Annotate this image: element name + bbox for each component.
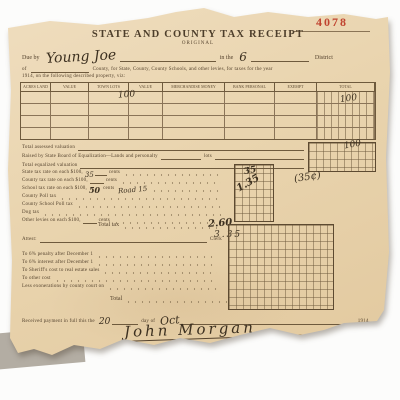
sheriff-label: Sheriff. [350,330,367,336]
equalization-label: Raised by State Board of Equalization—La… [22,154,158,160]
col-header-value1: VALUE [51,83,89,91]
due-by-line: Due by Young Joe in the 6 District [22,50,376,62]
received-text: Received payment in full this the [22,319,95,325]
district-label: District [315,55,333,62]
rate-line-state: State tax rate on each $100, 35 cents [22,168,224,176]
of-label: of [22,67,27,73]
table-row [21,104,375,116]
grand-total-label: Total [110,296,122,303]
taxpayer-name-handwritten: Young Joe [45,48,116,66]
in-the-label: in the [220,55,234,62]
col-header-acres: ACRES LAND [21,83,51,91]
table-row [21,128,375,139]
total-grid-extension [308,142,376,172]
lots-label: lots [204,154,212,160]
other-cost-line: To other cost [22,274,220,282]
table-row [21,116,375,128]
table-row [21,92,375,104]
property-table: ACRES LAND VALUE TOWN LOTS VALUE MERCHAN… [20,82,376,140]
year-property-line: 1914, on the following described propert… [22,74,125,80]
district-number-handwritten: 6 [239,51,247,63]
attest-label: Attest: [22,237,37,243]
penalties-block: To 6% penalty after December 1 To 6% int… [22,250,220,290]
grand-total-line: Total [110,296,230,303]
value-handwritten: 100 [118,89,136,100]
total-tax-line: Total tax [98,222,222,229]
col-header-total: TOTAL [317,83,375,91]
tax-receipt-paper: 4078 STATE AND COUNTY TAX RECEIPT ORIGIN… [6,8,390,360]
exonerations-line: Less exonerations by county court on [22,282,220,290]
margin-note-handwritten: (35¢) [293,170,321,185]
day-handwritten: 20 [99,317,110,327]
document-subtitle: ORIGINAL [6,41,390,46]
name-blank-line [120,55,216,62]
county-blank-line [31,66,89,73]
document-title: STATE AND COUNTY TAX RECEIPT [6,29,390,40]
scanned-document: 4078 STATE AND COUNTY TAX RECEIPT ORIGIN… [0,0,400,400]
district-blank-line [251,55,309,62]
year-label: 1914. [358,319,370,325]
tax-rates-block: State tax rate on each $100, 35 cents Co… [22,168,224,224]
attest-line: Attest: Clerk [22,236,222,243]
county-line-text: County, for State, County, County School… [93,67,273,73]
county-line: of County, for State, County, County Sch… [22,66,376,73]
table-header-row: ACRES LAND VALUE TOWN LOTS VALUE MERCHAN… [21,83,375,92]
col-header-merchandise: MERCHANDISE MONEY [163,83,225,91]
rate-line-county: County tax rate on each $100, cents [22,176,224,184]
total-tax-label: Total tax [98,222,119,229]
rate-line-school-poll: County School Poll tax [22,200,224,208]
sheriff-cost-line: To Sheriff's cost to real estate sales [22,266,220,274]
penalty-line: To 6% penalty after December 1 [22,250,220,258]
rate-line-dog-tax: Dog tax [22,208,224,216]
interest-line: To 6% interest after December 1 [22,258,220,266]
assessed-valuation-label: Total assessed valuation [22,145,75,151]
col-header-exempt: EXEMPT [275,83,317,91]
rate-line-school: School tax rate on each $100, 50 cents R… [22,184,224,192]
clerk-label: Clerk [210,237,222,243]
col-header-bank-personal: BANK PERSONAL [225,83,275,91]
due-by-label: Due by [22,55,40,62]
totals-tally-grid [228,224,334,310]
